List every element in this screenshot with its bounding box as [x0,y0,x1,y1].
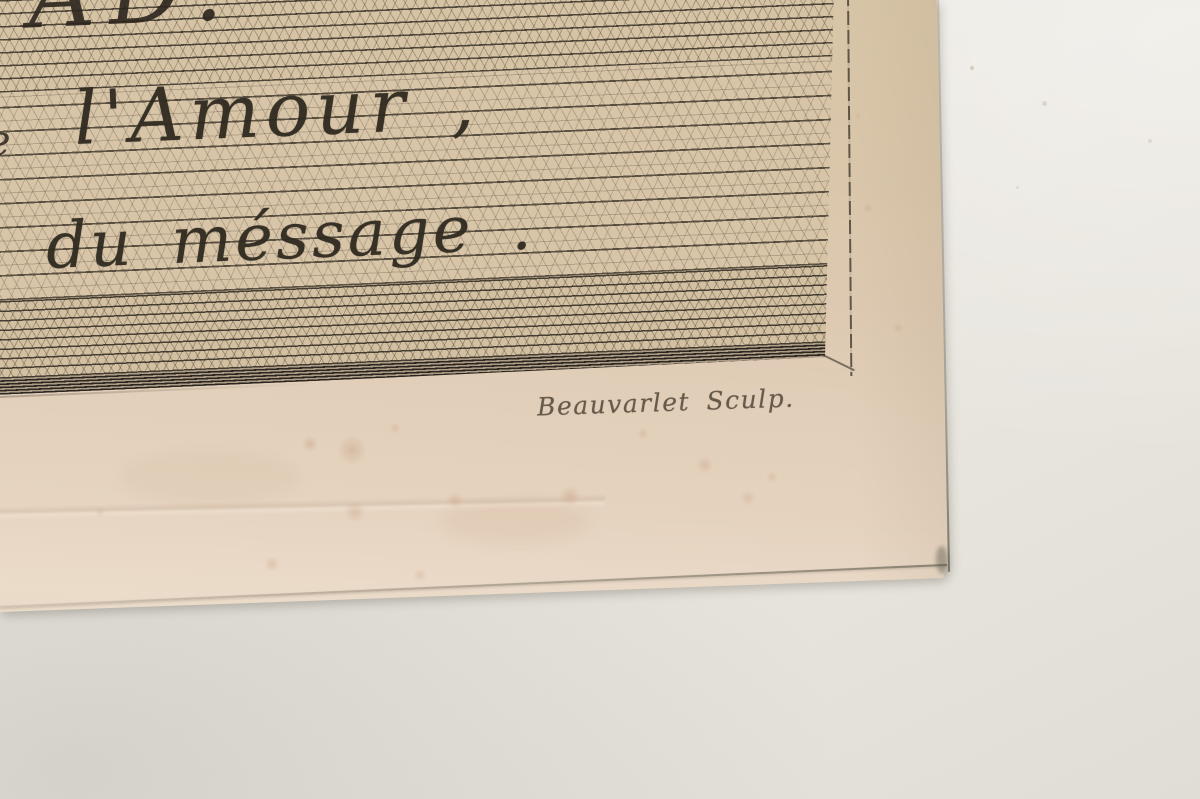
dust-speck [1016,186,1019,189]
foxing-spot [892,322,904,334]
engraver-signature: Beauvarlet Sculp. [537,384,795,422]
caption-line-amour: l'Amour , [72,60,481,162]
foxing-spot [766,471,778,483]
dust-speck [1148,139,1152,143]
foxing-spot [637,428,649,440]
foxing-spot [337,435,367,465]
plate-frame-border-line [847,0,852,376]
print-paper: AD. e l'Amour , du méssage . Beauvarlet … [0,0,980,640]
dust-speck [660,240,663,243]
foxing-spot [389,422,401,434]
foxing-spot [413,568,427,582]
print-paper-wrapper: AD. e l'Amour , du méssage . Beauvarlet … [0,0,1200,799]
left-edge-text-fragment: e [0,115,12,165]
dust-speck [1042,101,1047,106]
foxing-spot [854,112,862,120]
stain-blotch [120,450,300,504]
foxing-spot [863,203,873,213]
foxing-spot [302,436,318,452]
foxing-spot [740,490,756,506]
engraved-plate: AD. e l'Amour , du méssage . [0,0,900,430]
foxing-spot [696,456,714,474]
paper-crease-line [0,494,605,521]
dust-speck [970,66,974,70]
foxing-spot [264,556,280,572]
